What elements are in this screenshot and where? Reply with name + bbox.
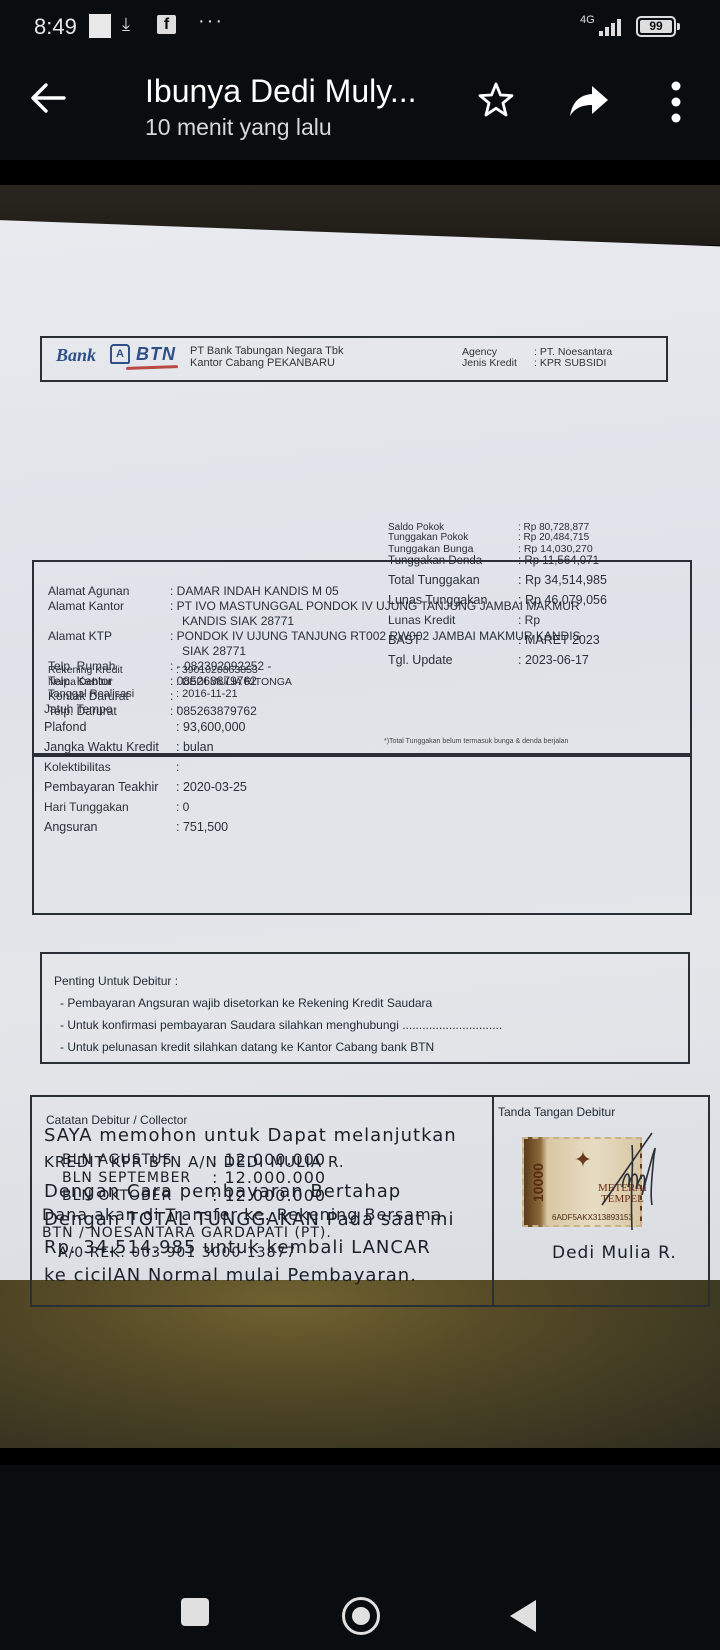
address-value: : 085263879762 xyxy=(170,704,257,718)
schedule-amount: : 12.000.000 xyxy=(212,1168,326,1187)
app-bar: Ibunya Dedi Muly... 10 menit yang lalu xyxy=(0,50,720,160)
signature-name: Dedi Mulia R. xyxy=(552,1243,677,1263)
important-notes-box: Penting Untuk Debitur : - Pembayaran Ang… xyxy=(40,952,690,1064)
note-item: - Untuk pelunasan kredit silahkan datang… xyxy=(60,1040,434,1054)
note-item: - Untuk konfirmasi pembayaran Saudara si… xyxy=(60,1018,502,1032)
network-type: 4G xyxy=(580,14,595,26)
chat-title: Ibunya Dedi Muly... xyxy=(145,73,417,110)
share-icon[interactable] xyxy=(568,80,610,120)
notes-title: Penting Untuk Debitur : xyxy=(54,974,178,988)
logo-bank-text: Bank xyxy=(56,345,96,366)
address-value: : - 082392092252 - xyxy=(170,659,271,673)
address-label: Alamat Kantor xyxy=(48,599,124,613)
timestamp: 10 menit yang lalu xyxy=(145,114,332,141)
loan-field-value: : 2023-06-17 xyxy=(518,653,589,667)
loan-field-label: Plafond xyxy=(44,720,86,734)
loan-field-value: : Rp xyxy=(518,613,540,627)
btn-house-logo-icon: A xyxy=(110,344,130,364)
loan-info-box xyxy=(32,560,692,755)
loan-field-label: Lunas Kredit xyxy=(388,613,455,627)
address-box xyxy=(32,755,692,915)
loan-field-value: : 2016-11-21 xyxy=(176,688,238,700)
loan-field-value: : bulan xyxy=(176,740,214,754)
address-value: : PT IVO MASTUNGGAL PONDOK IV UJUNG TANJ… xyxy=(170,599,580,613)
address-label: Telp. Rumah xyxy=(48,659,115,673)
redacted-block xyxy=(89,14,111,38)
signal-icon xyxy=(595,16,627,36)
loan-footnote: *)Total Tunggakan belum termasuk bunga &… xyxy=(384,738,568,745)
loan-field-label: Jangka Waktu Kredit xyxy=(44,740,159,754)
facebook-icon: f xyxy=(157,15,176,34)
schedule-amount: : 12.000.000 xyxy=(212,1186,326,1205)
divider xyxy=(492,1097,494,1305)
address-value: SIAK 28771 xyxy=(182,644,246,658)
download-icon: ⤓ xyxy=(122,14,130,35)
signature-scribble xyxy=(592,1125,672,1235)
recent-apps-button[interactable] xyxy=(181,1598,209,1626)
transfer-line: A/0 REK. 003 901 3000 13877 xyxy=(58,1245,296,1261)
loan-field-label: Tunggakan Denda xyxy=(388,555,482,567)
signature-title: Tanda Tangan Debitur xyxy=(498,1105,615,1119)
loan-field-value: : Rp 11,564,071 xyxy=(518,555,599,567)
loan-field-label: Tunggakan Bunga xyxy=(388,543,473,555)
schedule-month: BLN AGUSTUS xyxy=(62,1152,172,1168)
address-label: Alamat Agunan xyxy=(48,584,129,598)
loan-field-value: : Rp 14,030,270 xyxy=(518,543,593,555)
home-button[interactable] xyxy=(342,1597,380,1635)
bank-name: PT Bank Tabungan Negara Tbk Kantor Caban… xyxy=(190,345,344,369)
battery-level: 99 xyxy=(638,19,674,33)
document-header: Bank A BTN PT Bank Tabungan Negara Tbk K… xyxy=(40,336,668,382)
agency-info: Agency: PT. Noesantara Jenis Kredit: KPR… xyxy=(462,347,612,369)
logo-btn-text: BTN xyxy=(136,344,176,365)
address-value: KANDIS SIAK 28771 xyxy=(182,614,294,628)
handwritten-line: SAYA memohon untuk Dapat melanjutkan xyxy=(44,1125,457,1146)
transfer-line: BTN / NOESANTARA GARDAPATI (PT). xyxy=(42,1225,332,1241)
schedule-amount: : 12.000.000 xyxy=(212,1150,326,1169)
address-label: Kontak Darurat xyxy=(48,689,129,703)
schedule-month: BLN OKTOBER xyxy=(62,1188,172,1204)
more-vert-icon[interactable] xyxy=(664,80,688,124)
transfer-line: Dana akan di Transfer ke. Rekening Bersa… xyxy=(42,1205,442,1224)
back-button[interactable] xyxy=(510,1600,536,1632)
logo-swoosh xyxy=(126,365,178,370)
shared-photo[interactable]: Bank A BTN PT Bank Tabungan Negara Tbk K… xyxy=(0,160,720,1465)
status-bar: 8:49 ⤓ f ··· 4G 99 xyxy=(0,0,720,50)
loan-field-label: Total Tunggakan xyxy=(388,573,480,587)
address-label: Telp. Darurat xyxy=(48,704,117,718)
address-value: : 085263879762 xyxy=(170,674,257,688)
address-value: : xyxy=(170,689,173,703)
loan-field-value: : Rp 34,514,985 xyxy=(518,573,607,587)
address-value: : DAMAR INDAH KANDIS M 05 xyxy=(170,584,339,598)
loan-field-label: Tunggakan Pokok xyxy=(388,532,468,543)
loan-field-value: : 93,600,000 xyxy=(176,720,246,734)
loan-field-label: Tgl. Update xyxy=(388,653,453,667)
stamp-value: 10000 xyxy=(530,1143,548,1223)
navigation-bar xyxy=(0,1555,720,1650)
more-notifications-icon: ··· xyxy=(198,10,224,33)
note-item: - Pembayaran Angsuran wajib disetorkan k… xyxy=(60,996,432,1010)
status-time: 8:49 xyxy=(34,14,77,40)
star-icon[interactable] xyxy=(476,80,516,120)
schedule-month: BLN SEPTEMBER xyxy=(62,1170,191,1186)
handwritten-line: ke cicilAN Normal mulai Pembayaran. xyxy=(44,1265,417,1286)
btn-credit-document: Bank A BTN PT Bank Tabungan Negara Tbk K… xyxy=(0,160,720,1465)
address-label: Telp. Kantor xyxy=(48,674,112,688)
address-label: Alamat KTP xyxy=(48,629,112,643)
battery-icon: 99 xyxy=(636,16,676,37)
loan-field-value: : Rp 20,484,715 xyxy=(518,532,589,543)
back-arrow-icon[interactable] xyxy=(28,78,68,118)
address-value: : PONDOK IV UJUNG TANJUNG RT002 RW002 JA… xyxy=(170,629,581,643)
